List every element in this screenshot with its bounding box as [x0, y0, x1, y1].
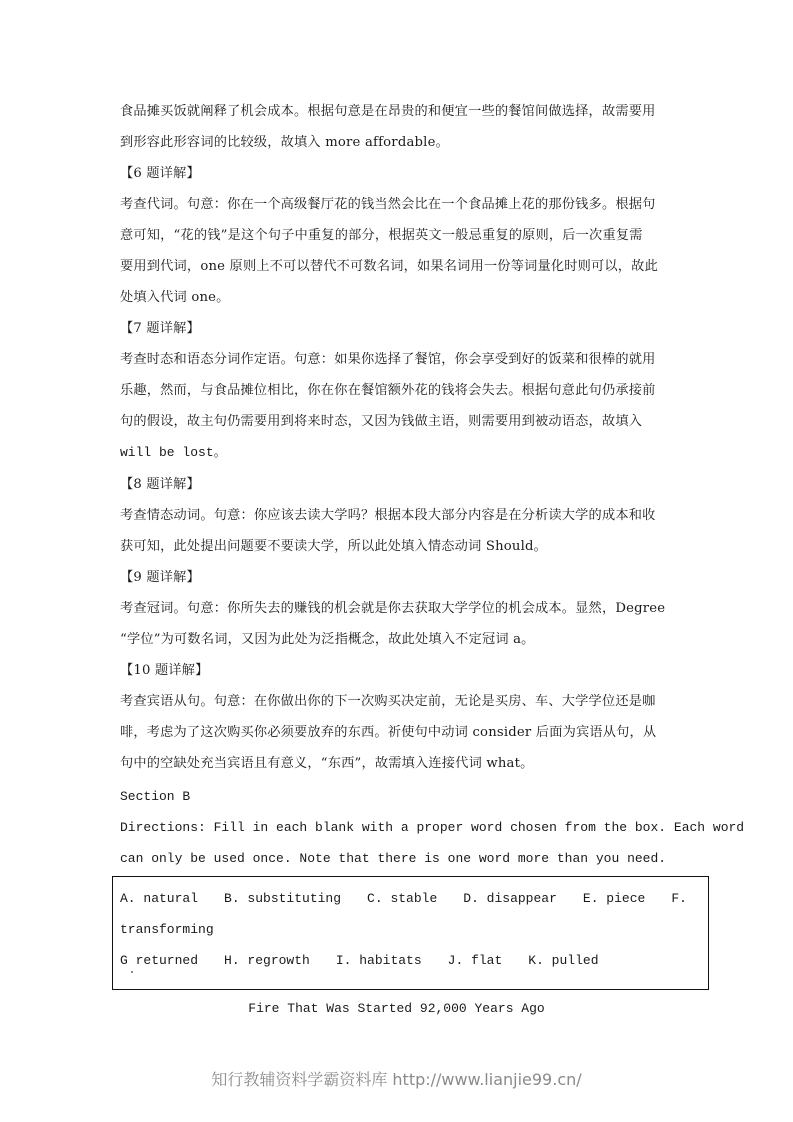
word-option-f-label: F.: [671, 890, 687, 908]
directions-text: can only be used once. Note that there i…: [120, 850, 680, 868]
watermark-footer: 知行教辅资料学霸资料库 http://www.lianjie99.cn/: [0, 1070, 793, 1090]
word-option-i: I. habitats: [336, 952, 422, 970]
explanation-line: 啡，考虑为了这次购买你必须要放弃的东西。祈使句中动词 consider 后面为宾…: [120, 724, 680, 742]
word-bank-row: G returnedH. regrowthI. habitatsJ. flatK…: [120, 952, 625, 970]
word-option-j: J. flat: [448, 952, 503, 970]
word-option-g: G returned: [120, 952, 198, 970]
word-option-b: B. substituting: [224, 890, 341, 908]
question-10-heading: 【10 题详解】: [120, 662, 680, 680]
question-6-heading: 【6 题详解】: [120, 165, 680, 183]
document-page: 食品摊买饭就阐释了机会成本。根据句意是在昂贵的和便宜一些的餐馆间做选择，故需要用…: [0, 0, 793, 1122]
word-option-e: E. piece: [583, 890, 645, 908]
stray-mark: [131, 971, 133, 973]
explanation-line: 意可知，“花的钱”是这个句子中重复的部分，根据英文一般忌重复的原则，后一次重复需: [120, 227, 680, 245]
word-bank-row: A. naturalB. substitutingC. stableD. dis…: [120, 890, 713, 908]
explanation-line: 考查时态和语态分词作定语。句意：如果你选择了餐馆，你会享受到好的饭菜和很棒的就用: [120, 351, 680, 369]
explanation-line: 考查冠词。句意：你所失去的赚钱的机会就是你去获取大学学位的机会成本。显然，Deg…: [120, 600, 680, 618]
section-label: Section B: [120, 788, 680, 806]
word-option-d: D. disappear: [463, 890, 557, 908]
explanation-line: 处填入代词 one。: [120, 289, 680, 307]
explanation-line: will be lost。: [120, 444, 680, 462]
question-9-heading: 【9 题详解】: [120, 569, 680, 587]
word-bank-box: A. naturalB. substitutingC. stableD. dis…: [112, 876, 709, 990]
word-option-a: A. natural: [120, 890, 198, 908]
directions-text: Directions: Fill in each blank with a pr…: [120, 819, 680, 837]
explanation-line: 句中的空缺处充当宾语且有意义，“东西”，故需填入连接代词 what。: [120, 755, 680, 773]
question-8-heading: 【8 题详解】: [120, 476, 680, 494]
word-option-c: C. stable: [367, 890, 437, 908]
explanation-line: 食品摊买饭就阐释了机会成本。根据句意是在昂贵的和便宜一些的餐馆间做选择，故需要用: [120, 103, 680, 121]
explanation-line: 考查代词。句意：你在一个高级餐厅花的钱当然会比在一个食品摊上花的那份钱多。根据句: [120, 196, 680, 214]
explanation-line: 考查情态动词。句意：你应该去读大学吗？根据本段大部分内容是在分析读大学的成本和收: [120, 507, 680, 525]
word-option-k: K. pulled: [528, 952, 598, 970]
question-7-heading: 【7 题详解】: [120, 320, 680, 338]
explanation-line: 句的假设，故主句仍需要用到将来时态，又因为钱做主语，则需要用到被动语态，故填入: [120, 413, 680, 431]
word-option-f: transforming: [120, 921, 214, 939]
explanation-line: 获可知，此处提出问题要不要读大学，所以此处填入情态动词 Should。: [120, 538, 680, 556]
explanation-line: 考查宾语从句。句意：在你做出你的下一次购买决定前，无论是买房、车、大学学位还是咖: [120, 693, 680, 711]
explanation-line: 乐趣，然而，与食品摊位相比，你在你在餐馆额外花的钱将会失去。根据句意此句仍承接前: [120, 382, 680, 400]
explanation-line: 到形容此形容词的比较级，故填入 more affordable。: [120, 134, 680, 152]
explanation-line: 要用到代词，one 原则上不可以替代不可数名词，如果名词用一份等词量化时则可以，…: [120, 258, 680, 276]
word-option-h: H. regrowth: [224, 952, 310, 970]
explanation-line: “学位”为可数名词，又因为此处为泛指概念，故此处填入不定冠词 a。: [120, 631, 680, 649]
passage-title: Fire That Was Started 92,000 Years Ago: [0, 1000, 793, 1018]
